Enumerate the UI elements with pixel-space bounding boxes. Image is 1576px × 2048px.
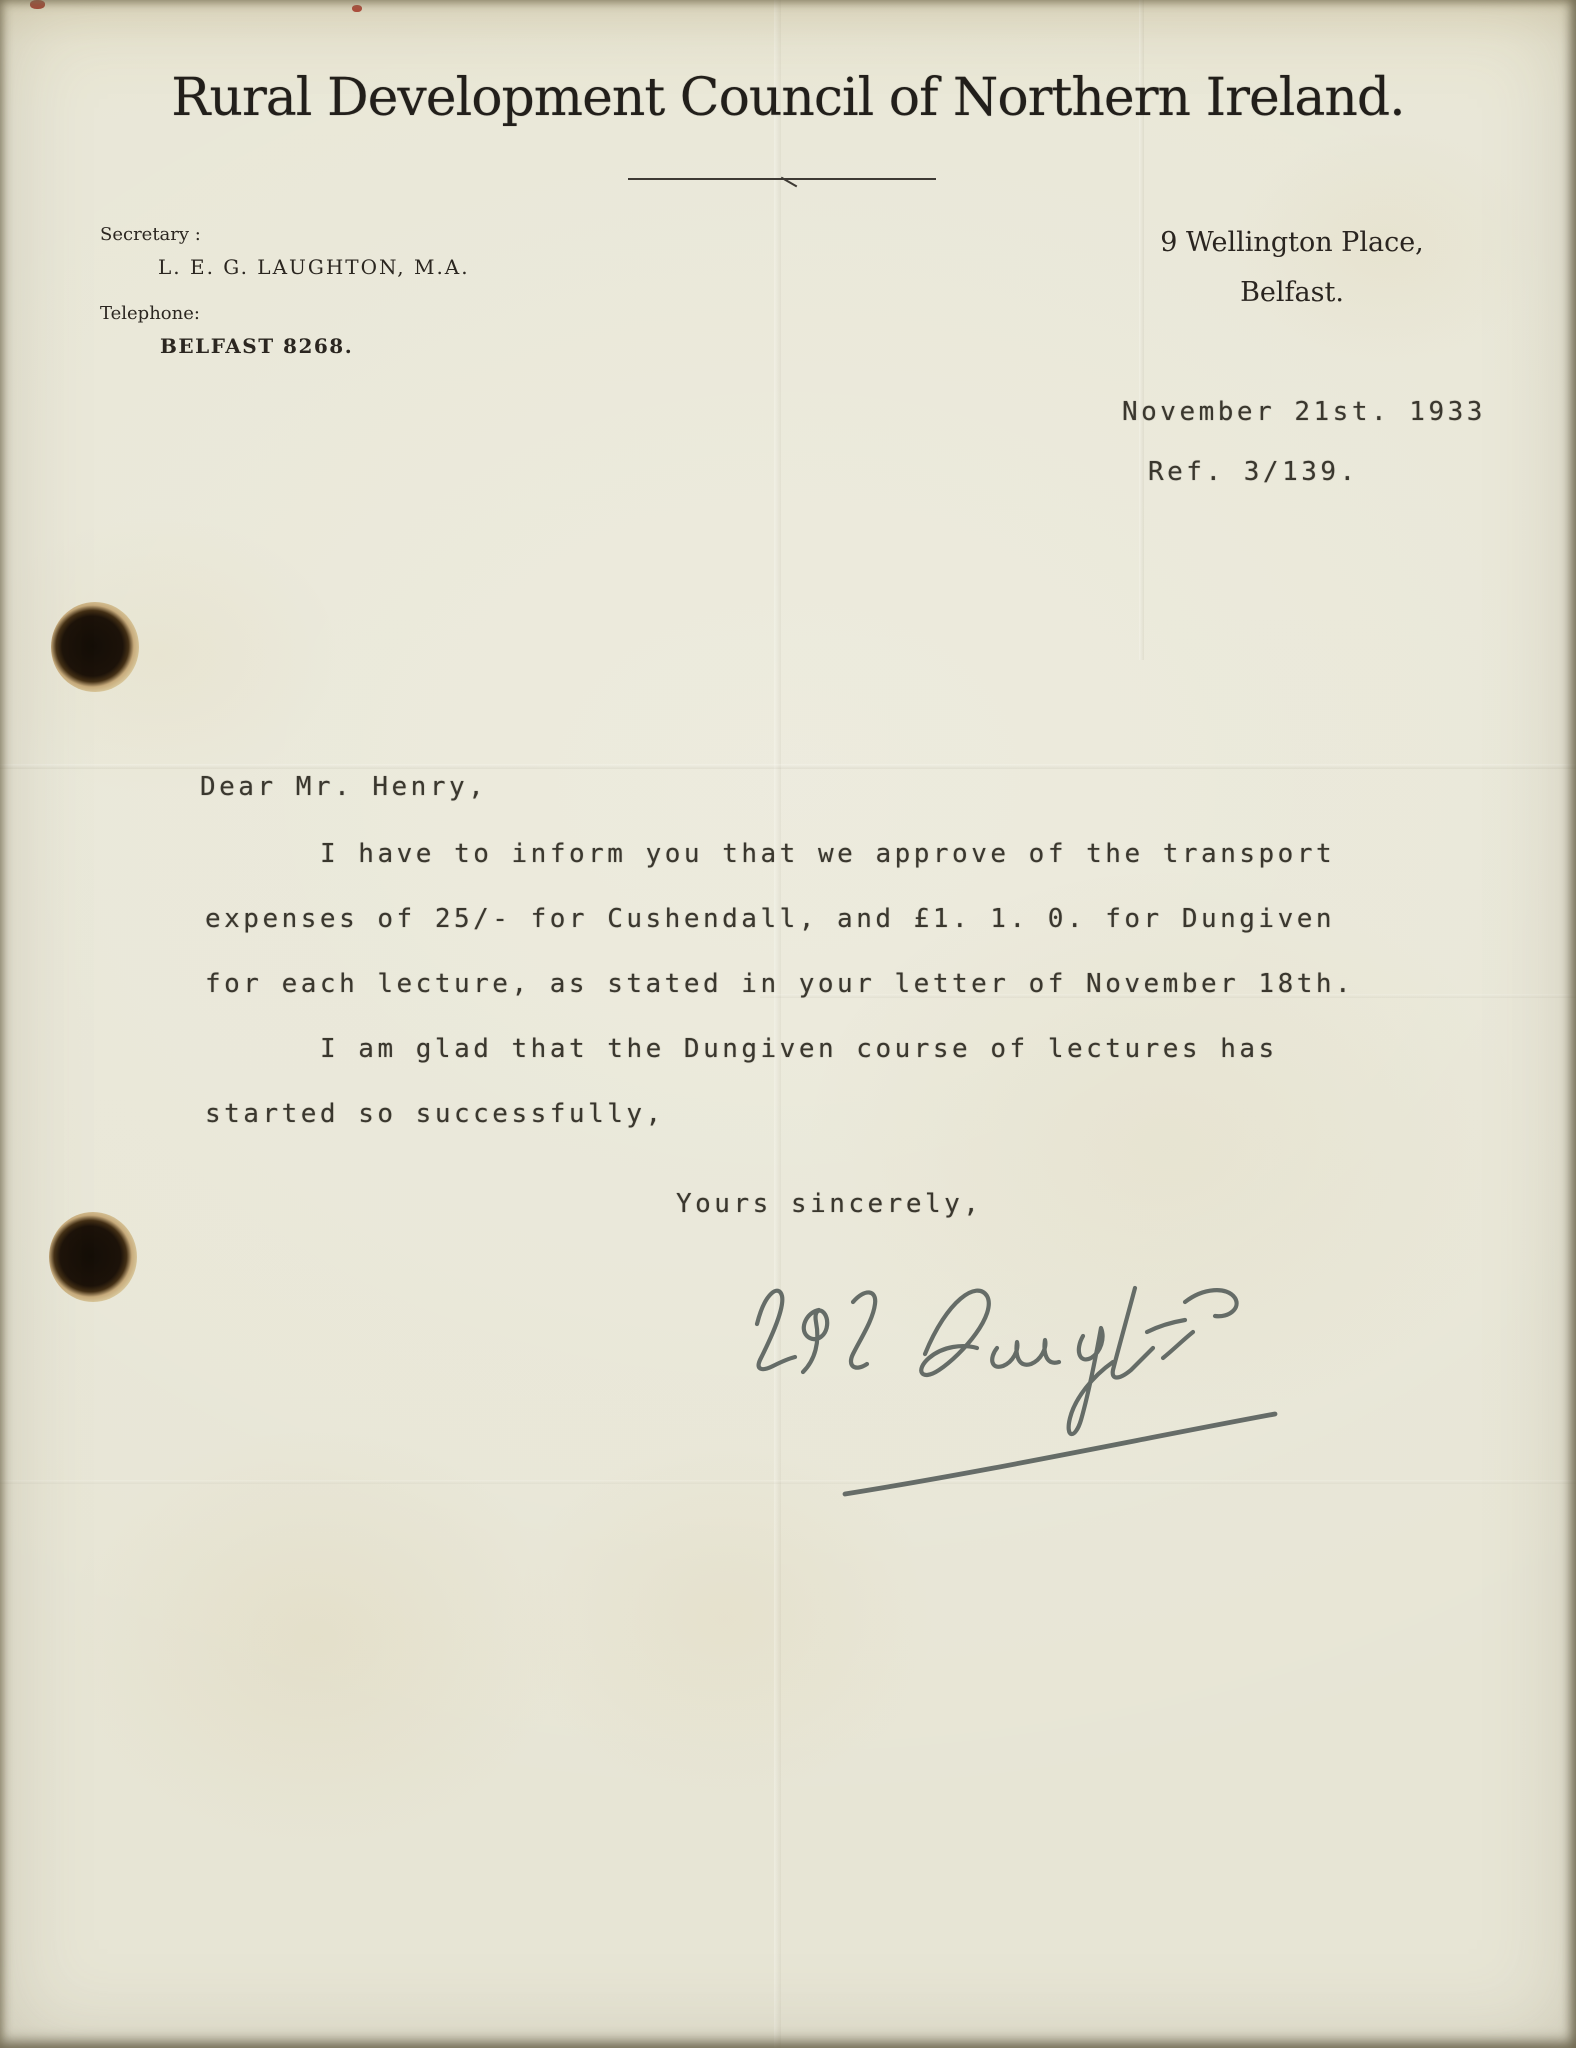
secretary-name: L. E. G. LAUGHTON, M.A. bbox=[158, 255, 470, 279]
signature-block bbox=[715, 1262, 1295, 1512]
date-reference-block: November 21st. 1933 Ref. 3/139. bbox=[1122, 382, 1486, 502]
letterhead-divider bbox=[628, 176, 938, 182]
salutation: Dear Mr. Henry, bbox=[200, 772, 487, 802]
letter-reference: Ref. 3/139. bbox=[1148, 442, 1486, 502]
closing-line: Yours sincerely, bbox=[676, 1189, 982, 1219]
punch-hole-bottom bbox=[49, 1212, 137, 1302]
address-line-2: Belfast. bbox=[1120, 268, 1464, 318]
fold-crease-horizontal-upper bbox=[0, 764, 1576, 769]
secretary-label: Secretary : bbox=[100, 224, 201, 245]
letter-page: Rural Development Council of Northern Ir… bbox=[0, 0, 1576, 2048]
punch-hole-top bbox=[51, 602, 139, 692]
red-ink-speck bbox=[30, 0, 45, 9]
telephone-number: BELFAST 8268. bbox=[160, 334, 353, 358]
body-paragraph: I am glad that the Dungiven course of le… bbox=[205, 1017, 1363, 1147]
letterhead-organization-title: Rural Development Council of Northern Ir… bbox=[0, 68, 1576, 128]
letter-date: November 21st. 1933 bbox=[1122, 382, 1486, 442]
body-paragraph: I have to inform you that we approve of … bbox=[205, 822, 1363, 1017]
signature-handwriting-icon bbox=[715, 1262, 1295, 1512]
telephone-label: Telephone: bbox=[100, 303, 200, 324]
letterhead-address: 9 Wellington Place, Belfast. bbox=[1120, 218, 1464, 318]
address-line-1: 9 Wellington Place, bbox=[1120, 218, 1464, 268]
red-ink-speck bbox=[352, 5, 362, 12]
